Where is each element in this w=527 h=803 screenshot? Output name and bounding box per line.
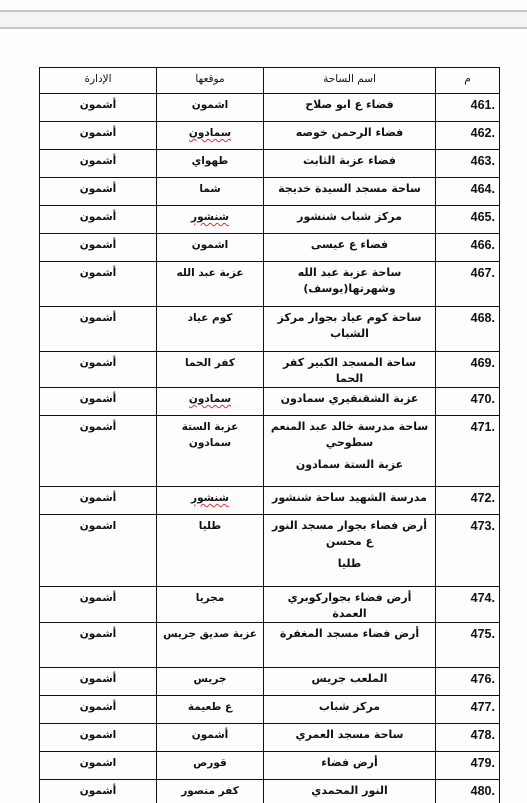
square-name-cell: ساحة مسجد العمري (264, 724, 436, 752)
square-name: أرض فضاء (321, 756, 378, 769)
square-name-cell: أرض فضاء بجواركوبري العمدة (264, 587, 436, 623)
location: عزبة صديق جريس (163, 628, 257, 640)
table-row: 465.مركز شباب شنشورشنشورأشمون (40, 206, 500, 234)
administration: أشمون (40, 307, 157, 352)
square-name: أرض فضاء بجوار مسجد النور ع محسن (272, 519, 427, 548)
table-row: 463.فضاء عزبة الثابتطهوايأشمون (40, 150, 500, 178)
row-number: 468. (436, 307, 500, 352)
table-row: 471.ساحة مدرسة خالد عبد المنعم سطوحيعزبة… (40, 416, 500, 487)
table-row: 470.عزبة الشقنقيري سمادونسمادونأشمون (40, 388, 500, 416)
square-name: ساحة مسجد العمري (296, 728, 404, 741)
location-cell: سمادون (157, 388, 264, 416)
table-row: 466.فضاء ع عيسىاشمونأشمون (40, 234, 500, 262)
row-number: 463. (436, 150, 500, 178)
location-cell: قورص (157, 752, 264, 780)
header-num: م (436, 68, 500, 94)
squares-table-container: م اسم الساحة موقعها الإدارة 461.فضاء ع ا… (39, 67, 499, 803)
table-row: 478.ساحة مسجد العمريأشموناشمون (40, 724, 500, 752)
location: شنشور (191, 211, 229, 223)
row-number: 474. (436, 587, 500, 623)
square-name: فضاء عزبة الثابت (303, 154, 396, 167)
location-cell: كفر منصور (157, 780, 264, 803)
square-name-cell: فضاء ع ابو صلاح (264, 94, 436, 122)
row-number: 470. (436, 388, 500, 416)
location: سمادون (189, 127, 231, 139)
row-number: 480. (436, 780, 500, 803)
square-name: أرض فضاء بجواركوبري العمدة (288, 591, 412, 620)
row-number: 465. (436, 206, 500, 234)
location: شما (199, 183, 220, 195)
location-cell: طليا (157, 515, 264, 587)
location-cell: شما (157, 178, 264, 206)
location: ع طعيمة (188, 701, 232, 713)
location: عزبة الستة سمادون (182, 421, 239, 449)
location: طليا (199, 520, 221, 532)
square-name-cell: ساحة المسجد الكبير كفر الحما (264, 352, 436, 388)
location-cell: أشمون (157, 724, 264, 752)
location-cell: كوم عياد (157, 307, 264, 352)
location-cell: عزبة عبد الله (157, 262, 264, 307)
location: اشمون (192, 239, 229, 251)
row-number: 475. (436, 623, 500, 668)
administration: أشمون (40, 178, 157, 206)
square-name-cell: أرض فضاء مسجد المغفرة (264, 623, 436, 668)
square-name-cell: فضاء عزبة الثابت (264, 150, 436, 178)
square-name: مدرسة الشهيد ساحة شنشور (272, 491, 427, 504)
administration: أشمون (40, 668, 157, 696)
location: مجريا (196, 592, 225, 604)
row-number: 473. (436, 515, 500, 587)
table-row: 480.النور المحمديكفر منصورأشمون (40, 780, 500, 803)
location-cell: عزبة الستة سمادون (157, 416, 264, 487)
squares-table: م اسم الساحة موقعها الإدارة 461.فضاء ع ا… (39, 67, 500, 803)
square-name-cell: ساحة مدرسة خالد عبد المنعم سطوحيعزبة الس… (264, 416, 436, 487)
row-number: 471. (436, 416, 500, 487)
location-cell: طهواي (157, 150, 264, 178)
row-number: 479. (436, 752, 500, 780)
location: عزبة عبد الله (176, 267, 243, 279)
square-name: فضاء ع عيسى (311, 238, 388, 251)
administration: أشمون (40, 388, 157, 416)
table-row: 473.أرض فضاء بجوار مسجد النور ع محسنطليا… (40, 515, 500, 587)
row-number: 466. (436, 234, 500, 262)
table-body: 461.فضاء ع ابو صلاحاشمونأشمون462.فضاء ال… (40, 94, 500, 803)
square-name: ساحة مدرسة خالد عبد المنعم سطوحي (271, 420, 428, 449)
square-name: فضاء ع ابو صلاح (305, 98, 394, 111)
square-name-cell: مدرسة الشهيد ساحة شنشور (264, 487, 436, 515)
square-name-cell: مركز شباب (264, 696, 436, 724)
location: جريس (194, 673, 227, 685)
square-name: ساحة مسجد السيدة خديجة (278, 182, 421, 195)
header-location: موقعها (157, 68, 264, 94)
square-name-cell: أرض فضاء بجوار مسجد النور ع محسنطليا (264, 515, 436, 587)
location-cell: اشمون (157, 94, 264, 122)
administration: أشمون (40, 696, 157, 724)
square-name-cell: ساحة عزبة عبد الله وشهرتها(يوسف) (264, 262, 436, 307)
location-cell: مجريا (157, 587, 264, 623)
square-name-cell: ساحة كوم عياد بجوار مركز الشباب (264, 307, 436, 352)
administration: اشمون (40, 752, 157, 780)
header-square-name: اسم الساحة (264, 68, 436, 94)
administration: أشمون (40, 234, 157, 262)
row-number: 472. (436, 487, 500, 515)
location-cell: شنشور (157, 206, 264, 234)
square-name-cell: فضاء ع عيسى (264, 234, 436, 262)
square-name-cell: الملعب جريس (264, 668, 436, 696)
administration: اشمون (40, 515, 157, 587)
location: كفر الحما (185, 357, 235, 369)
square-name-cell: ساحة مسجد السيدة خديجة (264, 178, 436, 206)
location: قورص (193, 757, 227, 769)
location-cell: عزبة صديق جريس (157, 623, 264, 668)
table-header-row: م اسم الساحة موقعها الإدارة (40, 68, 500, 94)
square-name: ساحة المسجد الكبير كفر الحما (283, 356, 416, 385)
table-row: 469.ساحة المسجد الكبير كفر الحماكفر الحم… (40, 352, 500, 388)
square-name-cell: مركز شباب شنشور (264, 206, 436, 234)
administration: أشمون (40, 487, 157, 515)
location-cell: ع طعيمة (157, 696, 264, 724)
square-name: مركز شباب شنشور (297, 210, 402, 223)
square-name-cell: فضاء الرحمن خوصه (264, 122, 436, 150)
header-administration: الإدارة (40, 68, 157, 94)
square-name: ساحة عزبة عبد الله وشهرتها(يوسف) (298, 266, 402, 295)
square-name-cell: النور المحمدي (264, 780, 436, 803)
row-number: 461. (436, 94, 500, 122)
administration: أشمون (40, 587, 157, 623)
square-name: مركز شباب (319, 700, 380, 713)
table-row: 464.ساحة مسجد السيدة خديجةشماأشمون (40, 178, 500, 206)
administration: أشمون (40, 416, 157, 487)
square-name: الملعب جريس (312, 672, 388, 685)
location-cell: سمادون (157, 122, 264, 150)
location-cell: كفر الحما (157, 352, 264, 388)
location: أشمون (192, 729, 229, 741)
table-row: 475.أرض فضاء مسجد المغفرةعزبة صديق جريسأ… (40, 623, 500, 668)
administration: اشمون (40, 724, 157, 752)
location-cell: اشمون (157, 234, 264, 262)
location: كوم عياد (188, 312, 233, 324)
table-row: 467.ساحة عزبة عبد الله وشهرتها(يوسف)عزبة… (40, 262, 500, 307)
location-cell: جريس (157, 668, 264, 696)
administration: أشمون (40, 94, 157, 122)
row-number: 462. (436, 122, 500, 150)
table-row: 472.مدرسة الشهيد ساحة شنشورشنشورأشمون (40, 487, 500, 515)
square-name-cell: أرض فضاء (264, 752, 436, 780)
row-number: 478. (436, 724, 500, 752)
location: طهواي (192, 155, 229, 167)
administration: أشمون (40, 623, 157, 668)
square-name: النور المحمدي (311, 784, 387, 797)
administration: أشمون (40, 352, 157, 388)
location: سمادون (189, 393, 231, 405)
square-name-extra: عزبة الستة سمادون (270, 457, 429, 473)
location: شنشور (191, 492, 229, 504)
location: اشمون (192, 99, 229, 111)
square-name: ساحة كوم عياد بجوار مركز الشباب (278, 311, 422, 340)
table-row: 468.ساحة كوم عياد بجوار مركز الشبابكوم ع… (40, 307, 500, 352)
table-row: 479.أرض فضاءقورصاشمون (40, 752, 500, 780)
row-number: 469. (436, 352, 500, 388)
square-name-cell: عزبة الشقنقيري سمادون (264, 388, 436, 416)
administration: أشمون (40, 206, 157, 234)
table-row: 477.مركز شبابع طعيمةأشمون (40, 696, 500, 724)
administration: أشمون (40, 262, 157, 307)
square-name: فضاء الرحمن خوصه (296, 126, 404, 139)
row-number: 464. (436, 178, 500, 206)
row-number: 477. (436, 696, 500, 724)
square-name: أرض فضاء مسجد المغفرة (280, 627, 419, 640)
table-row: 474.أرض فضاء بجواركوبري العمدةمجرياأشمون (40, 587, 500, 623)
square-name-extra: طليا (270, 556, 429, 572)
table-row: 461.فضاء ع ابو صلاحاشمونأشمون (40, 94, 500, 122)
document-top-bar (0, 10, 527, 29)
table-row: 476.الملعب جريسجريسأشمون (40, 668, 500, 696)
location: كفر منصور (181, 785, 239, 797)
square-name: عزبة الشقنقيري سمادون (281, 392, 419, 405)
administration: أشمون (40, 150, 157, 178)
row-number: 467. (436, 262, 500, 307)
table-row: 462.فضاء الرحمن خوصهسمادونأشمون (40, 122, 500, 150)
administration: أشمون (40, 780, 157, 803)
row-number: 476. (436, 668, 500, 696)
administration: أشمون (40, 122, 157, 150)
location-cell: شنشور (157, 487, 264, 515)
